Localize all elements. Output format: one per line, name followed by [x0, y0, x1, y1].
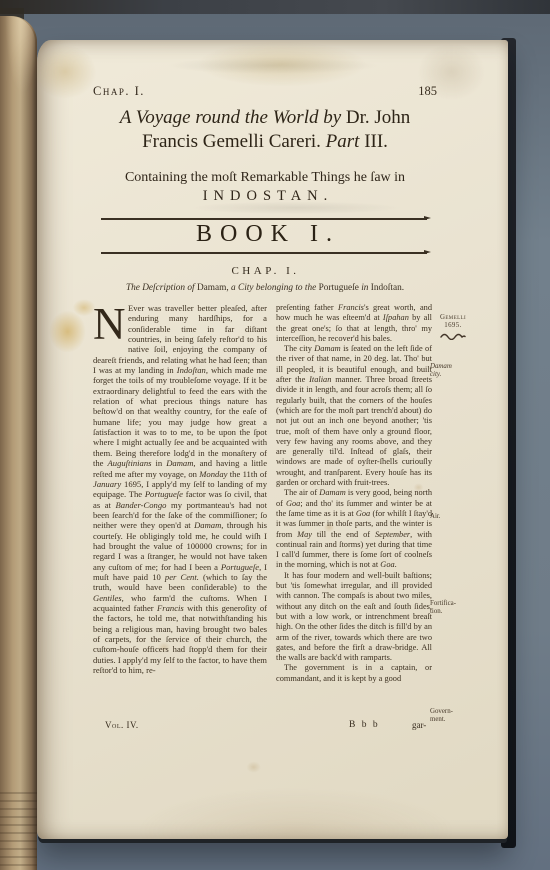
drop-cap-initial: N [93, 305, 124, 345]
book-heading: BOOK I. [93, 221, 435, 248]
paragraph-air: The air of Damam is very good, being nor… [276, 488, 432, 570]
paragraph-fortification: It has four modern and well-built baſtio… [276, 571, 432, 664]
chapter-argument: The Deſcription of Damam, a City belongi… [93, 283, 437, 293]
gathering-signature: B b b [349, 720, 380, 730]
paragraph-city: The city Damam is ſeated on the left ſid… [276, 344, 432, 488]
margin-note-air: Air. [430, 505, 476, 521]
book-photo: Chap. I. 185 A Voyage round the World by… [0, 0, 550, 870]
right-text-column: preſenting father Francis's great worth,… [276, 303, 432, 684]
margin-note-damam-city: Damam city. [430, 355, 476, 379]
book-title-line-2: Francis Gemelli Careri. Part III. [93, 131, 437, 153]
flourish-icon [439, 331, 467, 340]
horizontal-rule-top [101, 218, 427, 220]
book-fore-edge-pages [0, 16, 37, 870]
margin-note-text: Air. [430, 513, 441, 520]
page-number: 185 [418, 84, 437, 99]
running-header: Chap. I. 185 [93, 84, 437, 99]
margin-note-text: Damam city. [430, 363, 452, 378]
subtitle-line-2: INDOSTAN. [93, 188, 437, 205]
paragraph-government: The government is in a captain, or comma… [276, 663, 432, 684]
margin-note-text: Gemelli 1695. [440, 314, 466, 329]
horizontal-rule-bottom [101, 252, 427, 254]
paragraph-continuation: preſenting father Francis's great worth,… [276, 303, 432, 344]
page-content: Chap. I. 185 A Voyage round the World by… [93, 40, 443, 839]
book-page: Chap. I. 185 A Voyage round the World by… [37, 40, 508, 839]
book-title-line-1: A Voyage round the World by Dr. John [93, 107, 437, 129]
catchword: gar- [412, 720, 426, 730]
left-column-text: Ever was traveller better pleaſed, after… [93, 303, 267, 675]
subtitle-line-1: Containing the moſt Remarkable Things he… [93, 170, 437, 186]
margin-note-text: Fortifica- tion. [430, 600, 456, 615]
left-text-column: NEver was traveller better pleaſed, afte… [93, 303, 267, 675]
volume-label: Vol. IV. [105, 720, 139, 730]
chapter-heading: CHAP. I. [93, 265, 435, 277]
footer-line: Vol. IV. B b b gar- [93, 720, 443, 734]
margin-note-gemelli: Gemelli 1695. [430, 306, 476, 348]
running-header-chapter: Chap. I. [93, 84, 145, 99]
backdrop-top-shadow [0, 0, 550, 14]
margin-note-fortification: Fortifica- tion. [430, 592, 476, 616]
